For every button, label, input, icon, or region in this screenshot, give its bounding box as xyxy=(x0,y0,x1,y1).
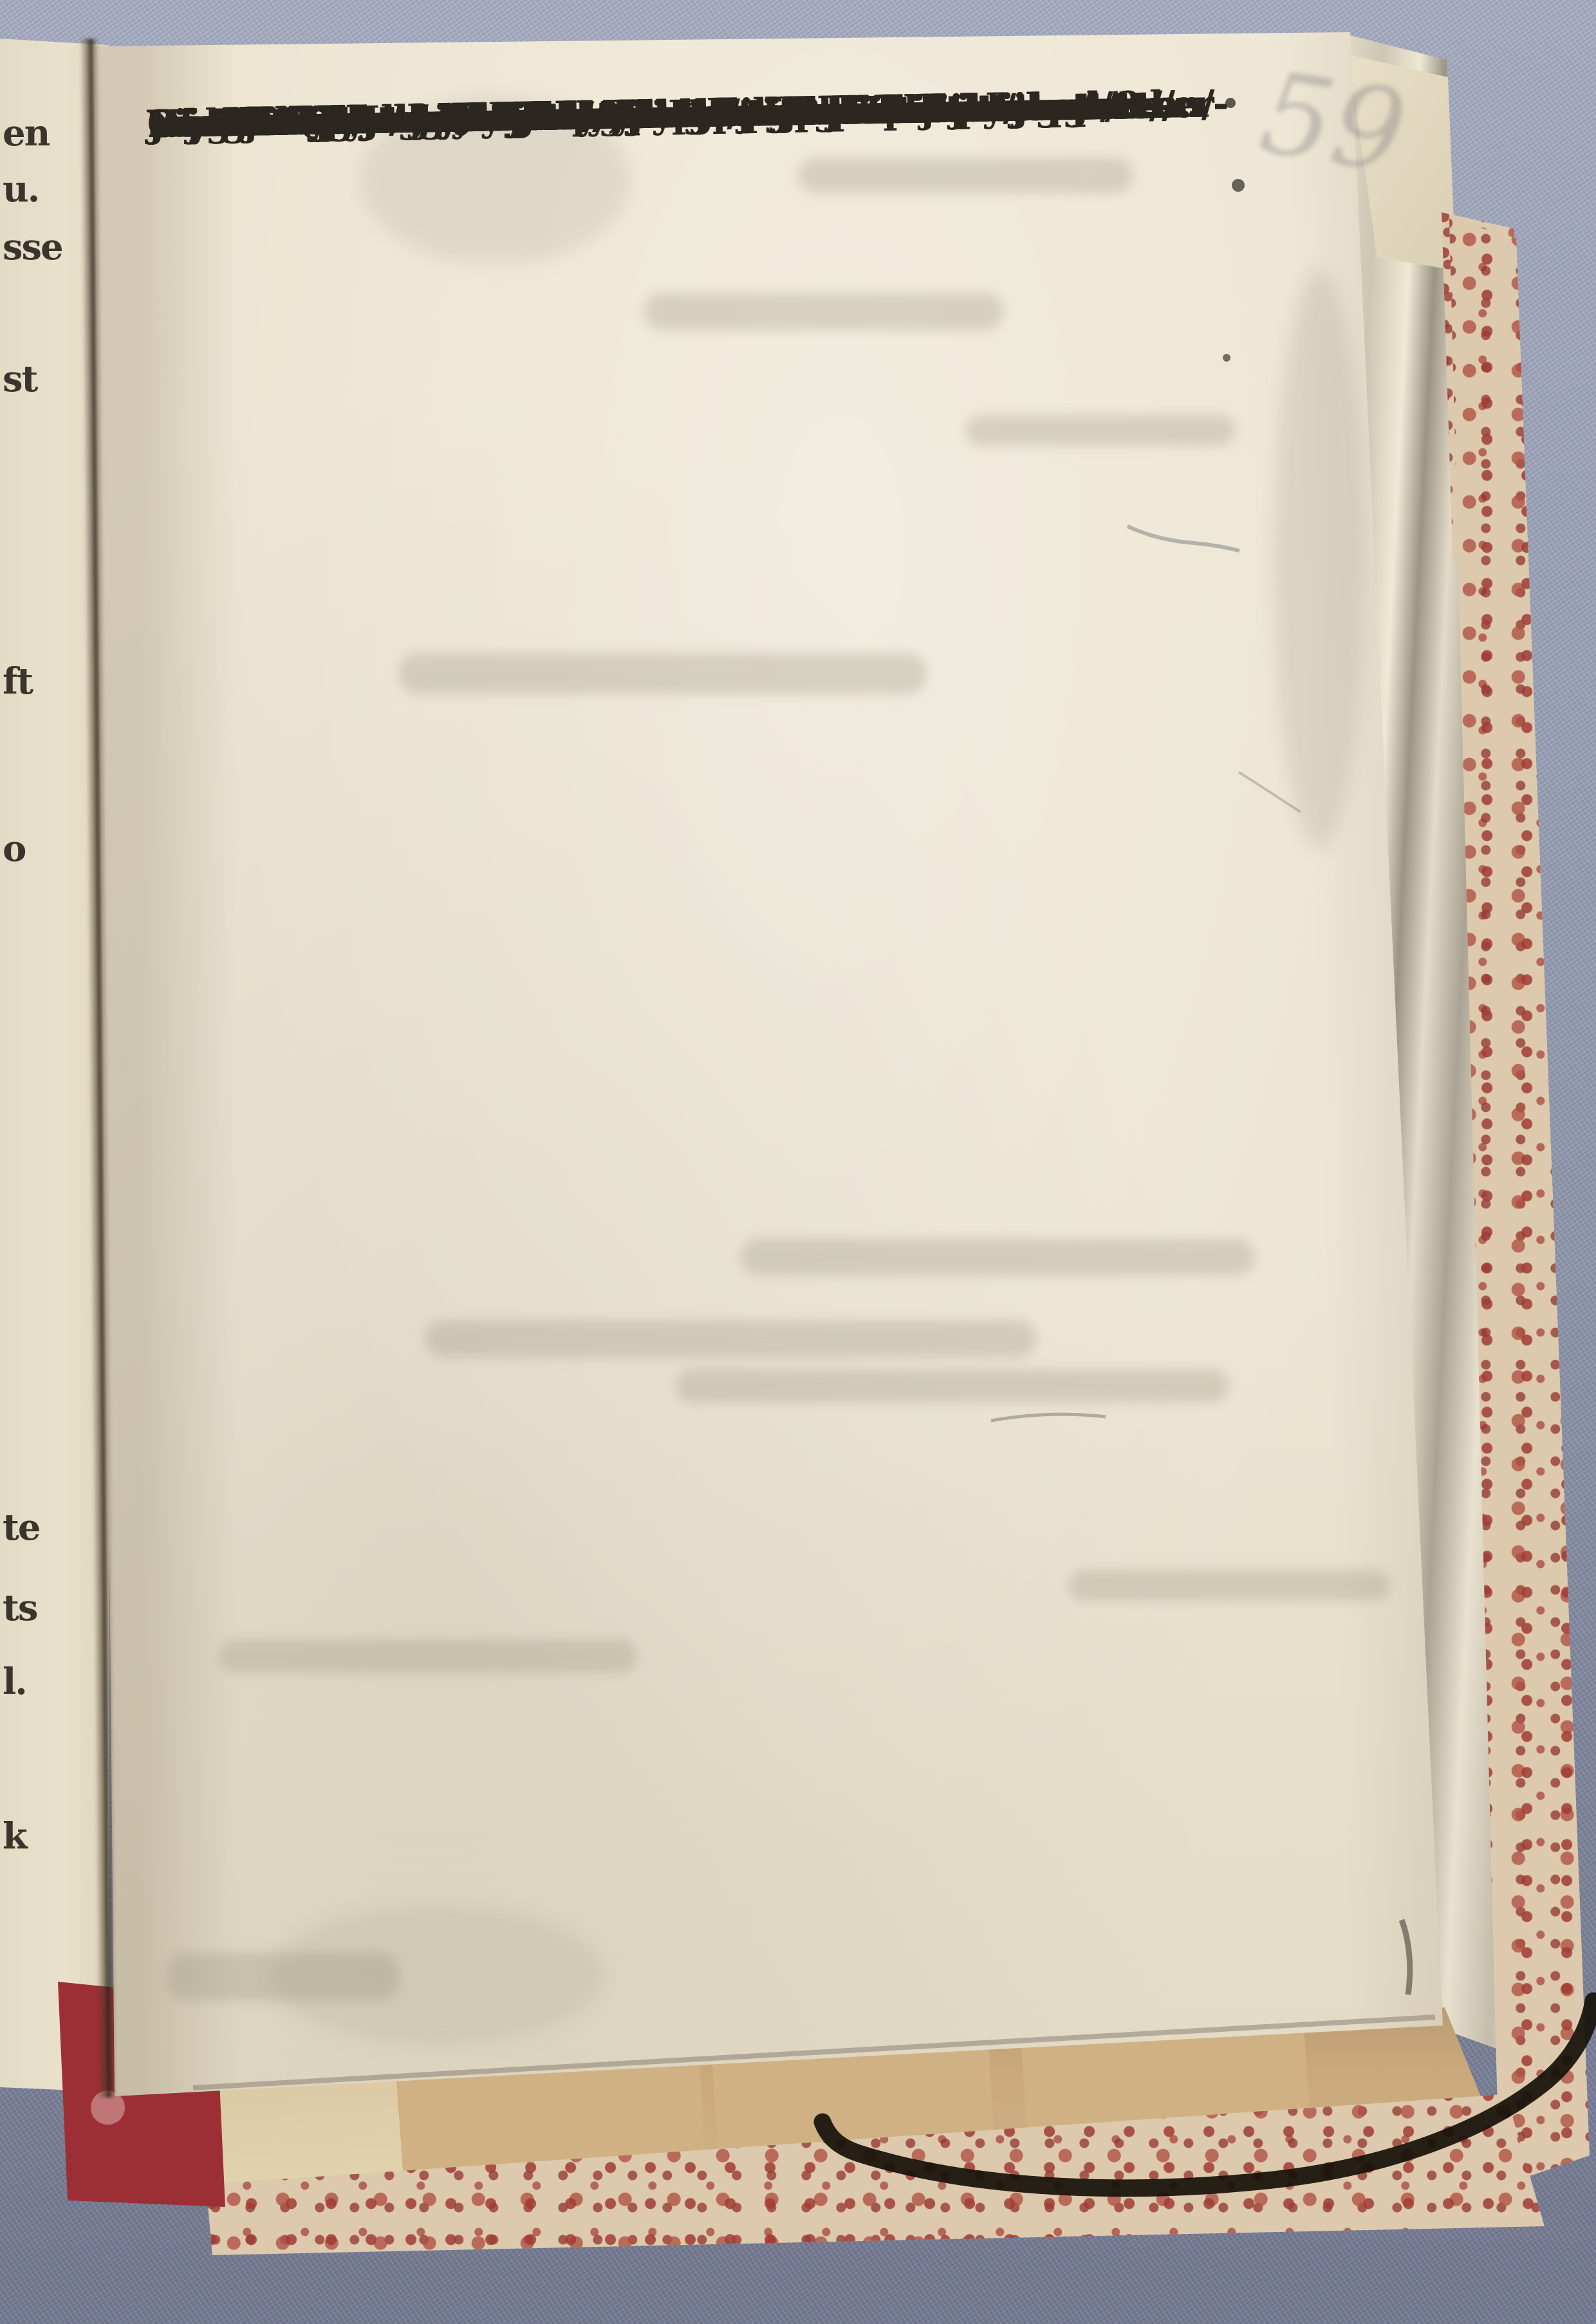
photo-of-book-page: en u. sse st ft o te ts l. k Wy hebbē v … xyxy=(0,0,1596,2324)
pencil-scribble xyxy=(1127,526,1239,551)
ink-marks-overlay xyxy=(0,0,1596,2324)
ink-speck xyxy=(1223,354,1230,362)
ink-speck xyxy=(1232,179,1245,192)
ink-mark-tail xyxy=(1402,1920,1410,1995)
page-bottom-shadow-line xyxy=(193,2017,1435,2088)
pencil-scribble xyxy=(1239,772,1301,812)
pencil-scribble xyxy=(991,1414,1106,1421)
ink-speck xyxy=(1225,98,1236,108)
